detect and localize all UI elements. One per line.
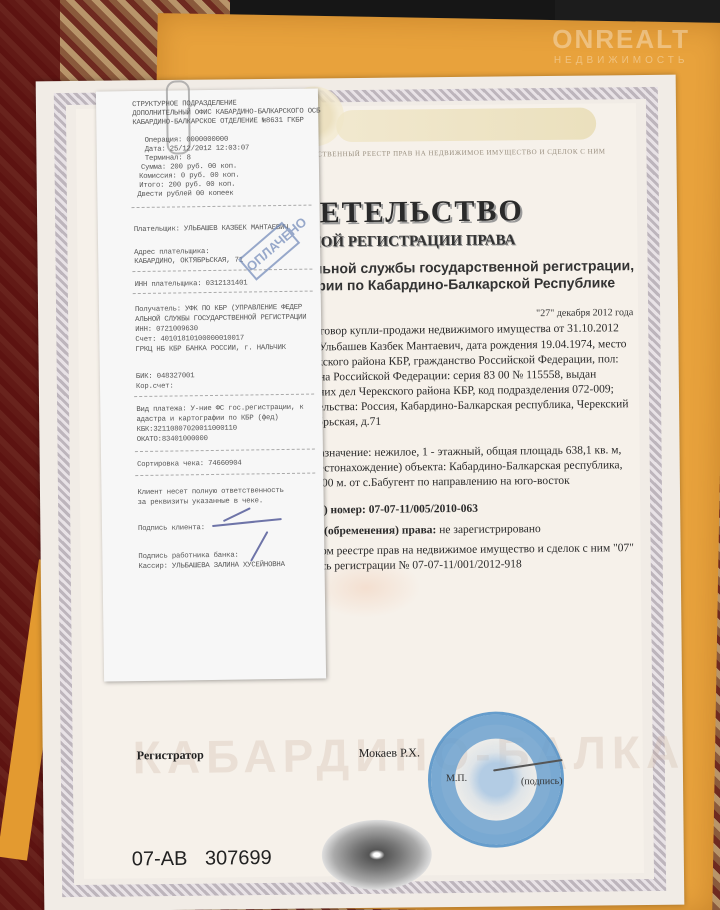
encumbrance-label: ия (обременения) права:: [308, 524, 436, 537]
object-line: в 300 м. от с.Бабугент по направлению на…: [308, 474, 570, 492]
registry-record: пись регистрации № 07-07-11/001/2012-918: [309, 557, 522, 574]
receipt-payer-inn: ИНН плательщика: 0312131401: [135, 279, 248, 289]
receipt-address-label: Адрес плательщика:: [134, 248, 209, 257]
receipt-address: КАБАРДИНО, ОКТЯБРЬСКАЯ, 71: [134, 257, 243, 267]
receipt-corr-account: Кор.счет:: [136, 383, 174, 392]
bank-signature-label: Подпись работника банка:: [138, 552, 238, 561]
receipt-bik: БИК: 048327001: [136, 372, 195, 381]
divider: [132, 205, 312, 209]
receipt-check-serial: Сортировка чека: 74660904: [137, 460, 242, 469]
issuing-authority: альной службы государственной регистраци…: [306, 257, 635, 294]
client-signature: [223, 507, 251, 522]
divider: [135, 473, 315, 477]
receipt-payer: Плательщик: УЛЬБАШЕВ КАЗБЕК МАНТАЕВИЧ: [134, 224, 289, 234]
receipt-meta: Дата: 25/12/2012 12:03:07: [145, 144, 250, 153]
authority-line: афии по Кабардино-Балкарской Республике: [306, 274, 635, 294]
bank-signature: [250, 531, 268, 562]
watermark-tagline: НЕДВИЖИМОСТЬ: [552, 55, 690, 66]
receipt-cashier: Кассир: УЛЬБАШЕВА ЗАЛИНА ХУСЕЙНОВНА: [138, 561, 284, 571]
receipt-payment-type: адастра и картографии по КБР (фед): [136, 414, 278, 424]
receipt-meta: Терминал: 8: [145, 154, 191, 163]
receipt-account: Счет: 40101810100000010017: [135, 335, 244, 345]
receipt-inn: ИНН: 0721009630: [135, 325, 198, 334]
receipt-okato: ОКАТО:83401000000: [137, 435, 208, 444]
receipt-kbk: КБК:32110807020011000110: [137, 425, 237, 434]
certificate-serial: 07-АВ 307699: [132, 847, 272, 871]
encumbrance: ия (обременения) права: не зарегистриров…: [308, 522, 540, 539]
receipt-header: КАБАРДИНО-БАЛКАРСКОЕ ОТДЕЛЕНИЕ №8631 ГКБ…: [132, 117, 303, 127]
receipt-header: СТРУКТУРНОЕ ПОДРАЗДЕЛЕНИЕ: [132, 100, 237, 109]
divider: [132, 269, 312, 273]
receipt-recipient: АЛЬНОЙ СЛУЖБЫ ГОСУДАРСТВЕННОЙ РЕГИСТРАЦИ…: [135, 314, 306, 324]
receipt-disclaimer: за реквизиты указанные в чеке.: [138, 497, 263, 507]
encumbrance-value: не зарегистрировано: [439, 523, 541, 536]
receipt-commission: Комиссия: 0 руб. 00 коп.: [139, 172, 239, 181]
receipt-total: Итого: 200 руб. 00 коп.: [139, 181, 235, 190]
cadastral-number: ый) номер: 07-07-11/005/2010-063: [308, 502, 478, 519]
registrar-label: Регистратор: [137, 748, 204, 764]
receipt-amount: Сумма: 200 руб. 00 коп.: [141, 163, 237, 172]
divider: [134, 394, 314, 398]
divider: [135, 449, 315, 453]
watermark-brand: ONREALT: [552, 24, 690, 55]
divider: [133, 291, 313, 295]
client-signature-label: Подпись клиента:: [138, 524, 205, 533]
signature-label: (подпись): [521, 776, 563, 787]
receipt-payment-type: Вид платежа: У-ние ФС гос.регистрации, к: [136, 404, 303, 414]
receipt-recipient: Получатель: УФК ПО КБР (УПРАВЛЕНИЕ ФЕДЕР: [135, 304, 302, 314]
site-watermark: ONREALT НЕДВИЖИМОСТЬ: [552, 24, 690, 66]
receipt-bank: ГРКЦ НБ КБР БАНКА РОССИИ, г. НАЛЬЧИК: [135, 344, 286, 354]
registrar-name: Мокаев Р.Х.: [359, 745, 420, 761]
receipt-meta: Операция: 0000000000: [145, 136, 229, 145]
receipt-disclaimer: Клиент несет полную ответственность: [137, 487, 283, 497]
receipt-amount-words: Двести рублей 00 копеек: [137, 190, 233, 199]
issue-date: "27" декабря 2012 года: [536, 307, 633, 319]
payment-receipt: СТРУКТУРНОЕ ПОДРАЗДЕЛЕНИЕ ДОПОЛНИТЕЛЬНЫЙ…: [96, 88, 326, 681]
seal-label: М.П.: [446, 773, 467, 784]
certificate-title: ДЕТЕЛЬСТВО: [297, 194, 524, 230]
ribbon-banner: [336, 108, 596, 143]
